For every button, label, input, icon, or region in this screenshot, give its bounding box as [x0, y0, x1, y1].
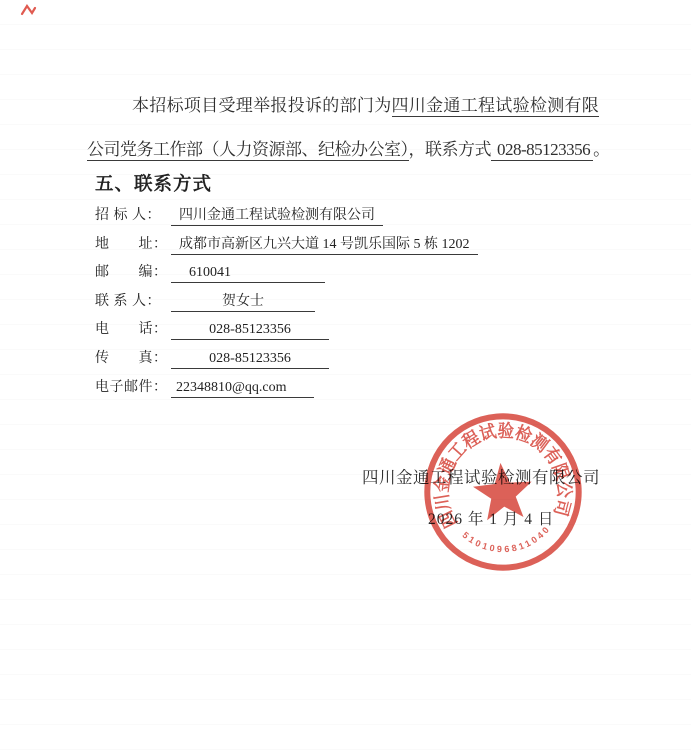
field-row-postcode: 邮 编： 610041 — [95, 261, 515, 290]
field-label: 邮 编： — [95, 261, 171, 281]
field-label: 电 话： — [95, 318, 171, 338]
intro-text: ，联系方式 — [409, 140, 492, 159]
seal-serial-number: 5101096811040 — [460, 522, 555, 558]
red-pen-mark-icon — [20, 3, 38, 19]
intro-line-1: 本招标项目受理举报投诉的部门为四川金通工程试验检测有限 — [87, 84, 617, 128]
contact-fields-list: 招 标 人： 四川金通工程试验检测有限公司 地 址： 成都市高新区九兴大道 14… — [95, 204, 515, 404]
intro-text: 。 — [593, 140, 610, 159]
field-value: 成都市高新区九兴大道 14 号凯乐国际 5 栋 1202 — [171, 233, 478, 255]
seal-star-icon — [471, 460, 534, 521]
field-row-bidder: 招 标 人： 四川金通工程试验检测有限公司 — [95, 204, 515, 233]
field-label: 电子邮件： — [95, 376, 171, 396]
complaint-phone-number: 028-85123356 — [491, 140, 593, 161]
intro-text: 本招标项目受理举报投诉的部门为 — [132, 96, 392, 115]
field-label: 招 标 人： — [95, 204, 171, 224]
field-value: 028-85123356 — [171, 351, 329, 369]
field-label: 联 系 人： — [95, 290, 171, 310]
field-value: 028-85123356 — [171, 322, 329, 340]
field-value: 22348810@qq.com — [171, 380, 314, 398]
intro-underlined-text: 公司党务工作部（人力资源部、纪检办公室） — [87, 140, 409, 161]
field-row-email: 电子邮件： 22348810@qq.com — [95, 376, 515, 405]
company-seal-stamp: 四川金通工程试验检测有限公司 5101096811040 — [410, 399, 596, 585]
field-row-contact-person: 联 系 人： 贺女士 — [95, 290, 515, 319]
intro-underlined-text: 四川金通工程试验检测有限 — [392, 96, 600, 117]
field-row-fax: 传 真： 028-85123356 — [95, 347, 515, 376]
field-value: 四川金通工程试验检测有限公司 — [171, 204, 383, 226]
field-value: 610041 — [171, 265, 325, 283]
section-title-contact: 五、联系方式 — [95, 170, 212, 196]
field-row-phone: 电 话： 028-85123356 — [95, 318, 515, 347]
intro-paragraph: 本招标项目受理举报投诉的部门为四川金通工程试验检测有限 公司党务工作部（人力资源… — [87, 84, 617, 172]
field-label: 地 址： — [95, 233, 171, 253]
document-page: 本招标项目受理举报投诉的部门为四川金通工程试验检测有限 公司党务工作部（人力资源… — [0, 0, 691, 754]
intro-line-2: 公司党务工作部（人力资源部、纪检办公室），联系方式028-85123356。 — [87, 128, 617, 172]
field-value: 贺女士 — [171, 290, 315, 312]
field-label: 传 真： — [95, 347, 171, 367]
field-row-address: 地 址： 成都市高新区九兴大道 14 号凯乐国际 5 栋 1202 — [95, 233, 515, 262]
